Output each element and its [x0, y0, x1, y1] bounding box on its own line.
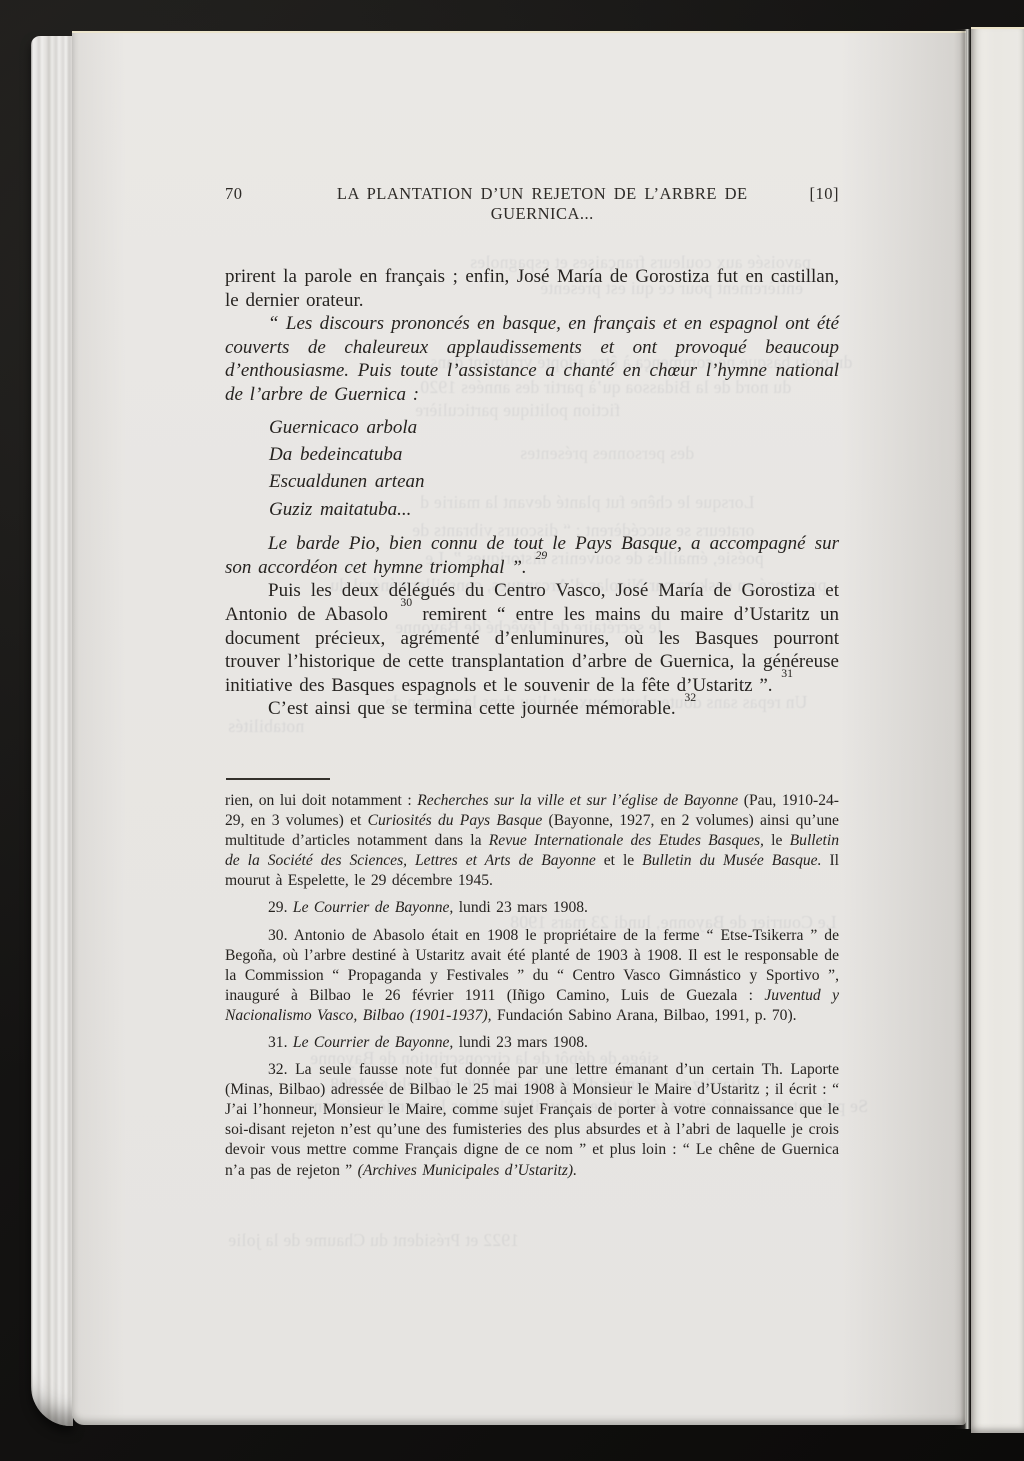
- running-header: 70 LA PLANTATION D’UN REJETON DE L’ARBRE…: [225, 184, 839, 224]
- hymn-verse: Guernicaco arbolaDa bedeincatubaEscualdu…: [269, 414, 839, 524]
- page-content: 70 LA PLANTATION D’UN REJETON DE L’ARBRE…: [225, 184, 839, 1181]
- footnote-31: 31. Le Courrier de Bayonne, lundi 23 mar…: [225, 1033, 839, 1053]
- verse-line: Guernicaco arbola: [269, 414, 839, 441]
- verse-line: Escualdunen artean: [269, 468, 839, 495]
- pagination-bracket: [10]: [810, 184, 840, 204]
- page-text: prirent la parole en français ; enfin, J…: [225, 265, 839, 1181]
- delegates-paragraph: Puis les deux délégués du Centro Vasco, …: [225, 579, 839, 697]
- book-scan: { "header": { "page_number": "70", "titl…: [0, 0, 1024, 1461]
- footnote-continuation: rien, on lui doit notamment : Recherches…: [225, 791, 839, 891]
- quote-paragraph: “ Les discours prononcés en basque, en f…: [225, 312, 839, 406]
- verse-line: Guziz maitatuba...: [269, 496, 839, 523]
- footnote-30: 30. Antonio de Abasolo était en 1908 le …: [225, 926, 839, 1026]
- footnote-32: 32. La seule fausse note fut donnée par …: [225, 1060, 839, 1181]
- page-stack-fore-edge: [31, 36, 73, 1426]
- opening-paragraph: prirent la parole en français ; enfin, J…: [225, 265, 839, 312]
- running-title: LA PLANTATION D’UN REJETON DE L’ARBRE DE…: [283, 184, 802, 224]
- footnote-separator: [226, 778, 330, 780]
- gutter-fold: [954, 29, 972, 1429]
- footnote-29: 29. Le Courrier de Bayonne, lundi 23 mar…: [225, 898, 839, 918]
- facing-page-edge: [971, 27, 1024, 1433]
- page-number: 70: [225, 184, 283, 204]
- verse-line: Da bedeincatuba: [269, 441, 839, 468]
- barde-paragraph: Le barde Pio, bien connu de tout le Pays…: [225, 532, 839, 579]
- closing-paragraph: C’est ainsi que se termina cette journée…: [225, 697, 839, 721]
